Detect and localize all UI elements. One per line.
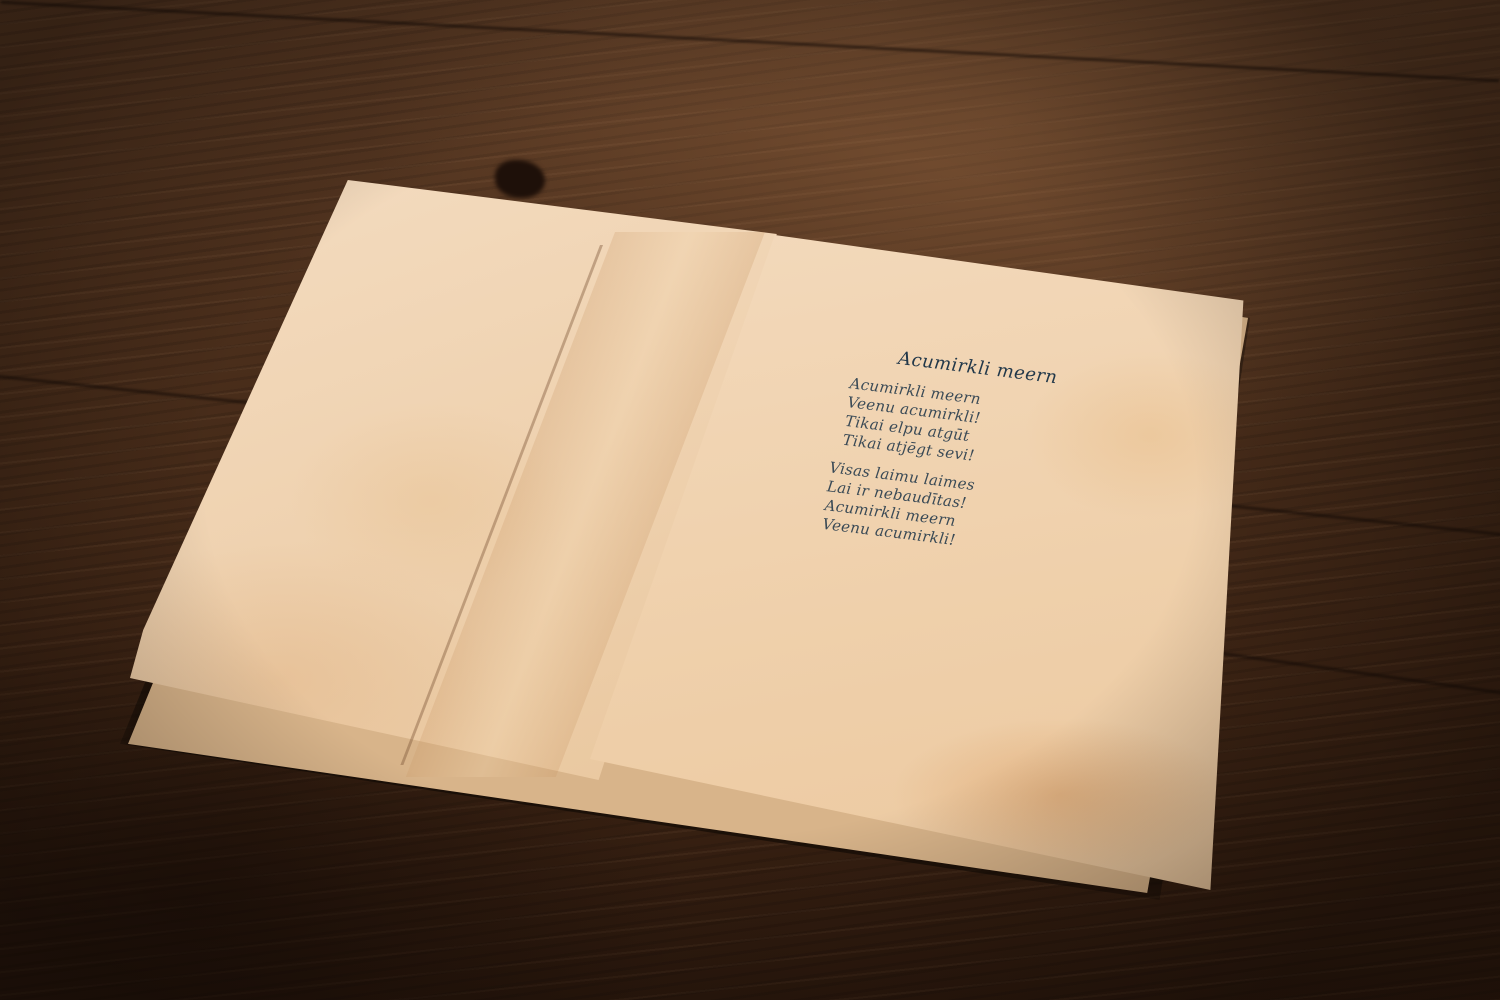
wood-knot (495, 160, 545, 198)
poem-stanza: Visas laimu laimes Lai ir nebaudītas! Ac… (821, 458, 976, 551)
plank-seam (1, 1, 1499, 82)
handwritten-poem: Acumirkli meern Acumirkli meern Veenu ac… (806, 340, 1093, 610)
poem-stanza: Acumirkli meern Veenu acumirkli! Tikai e… (842, 374, 984, 466)
